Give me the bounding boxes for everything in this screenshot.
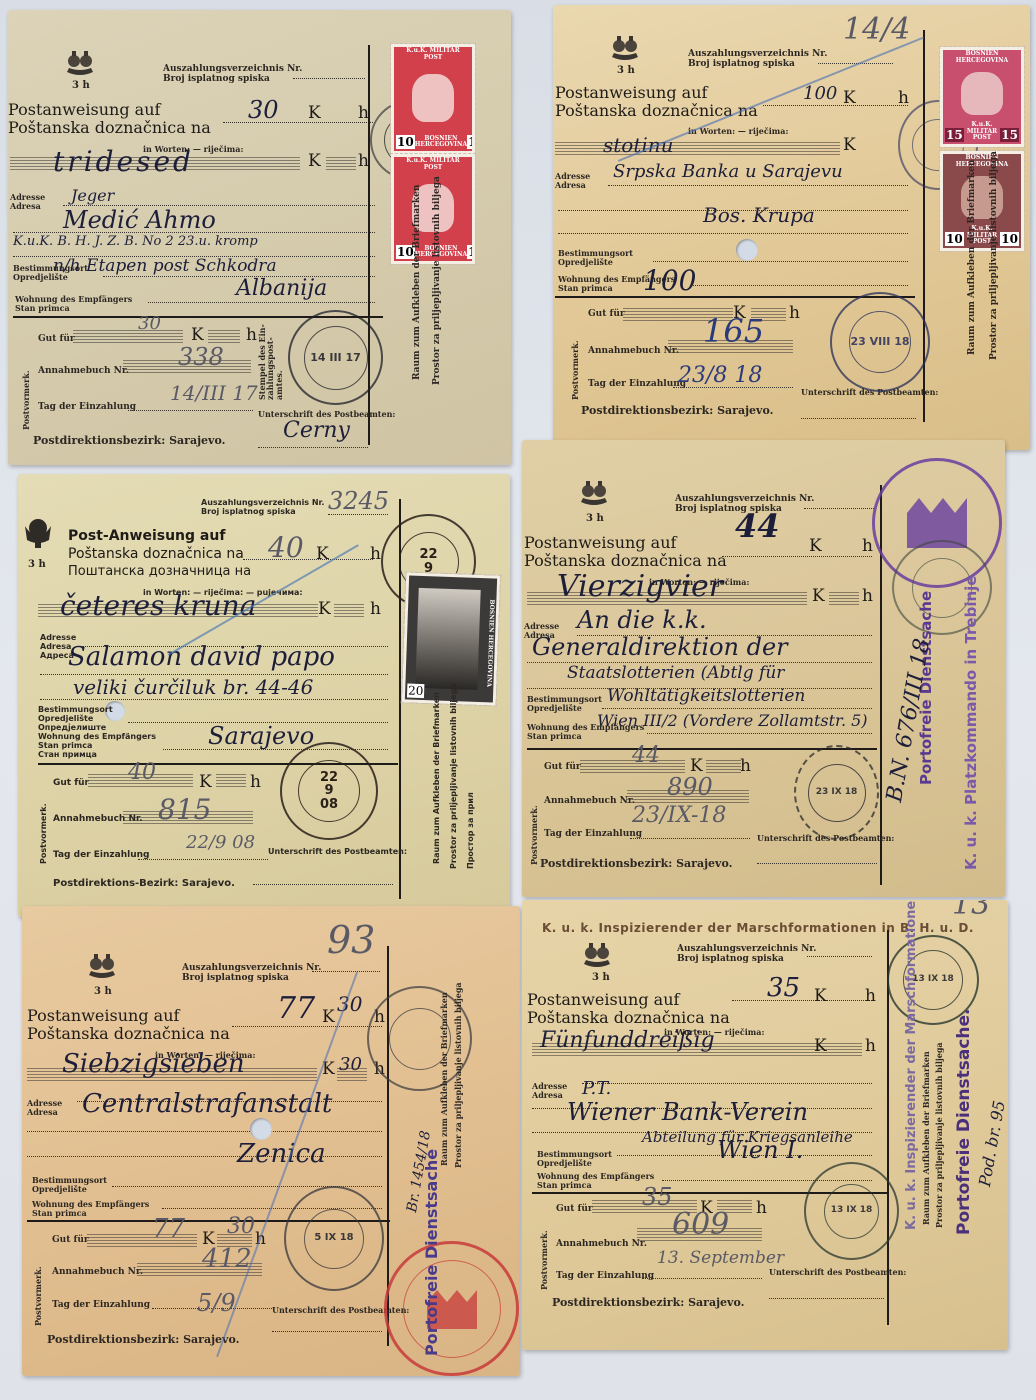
postage-value: 3 h [28, 559, 46, 570]
tag-einzahlung-label: Tag der Einzahlung [53, 851, 149, 860]
h-label: h [756, 1200, 767, 1218]
postage-value: 3 h [94, 986, 112, 997]
money-order-card-2: 3 h Auszahlungsverzeichnis Nr. Broj ispl… [553, 5, 1030, 450]
k-label: K [199, 774, 212, 792]
tag-einzahlung-label: Tag der Einzahlung [38, 403, 136, 412]
tag-einzahlung-value: 5/9 [197, 1291, 236, 1315]
amount-krone: 40 [268, 534, 304, 562]
annahmebuch-label: Annahmebuch Nr. [588, 347, 679, 356]
amount-krone: 30 [248, 98, 279, 122]
gut-fur-label: Gut für [38, 335, 75, 344]
cachet-portofreie-dienstsache: Portofreie Dienstsache. [954, 1009, 974, 1236]
postmark-cazin: 23 VIII 18 [830, 292, 930, 392]
cachet-inspizierender: K. u. k. Inspizierender der Marschformat… [904, 900, 919, 1230]
cachet-platzkommando-text: K. u. k. Platzkommando in Trebinje [962, 576, 980, 870]
cachet-erganzungsbezirkskommando-sarajevo [384, 1241, 519, 1376]
direktion-label: Postdirektionsbezirk: Sarajevo. [33, 435, 225, 447]
stamp-area-label: Raum zum Aufkleben der Briefmarken [968, 160, 977, 355]
address-line-1: Centralstrafanstalt [82, 1091, 332, 1117]
address-line-3: Zenica [237, 1141, 326, 1167]
stamp-area-label-cyr: Простор за прил [467, 792, 475, 869]
side-note: Pod. br. 95 [977, 1099, 1008, 1187]
in-words-label: in Worten: — riječima: [688, 127, 788, 135]
address-line-3: K.u.K. B. H. J. Z. B. No 2 23.u. kromp [13, 235, 258, 248]
h-label: h [370, 601, 381, 619]
postmark-sarajevo-3: 5 IX 18 [284, 1186, 384, 1291]
h-label: h [862, 588, 873, 606]
postvormerk-label: Postvormerk. [40, 803, 48, 864]
amount-krone: 77 [277, 994, 315, 1024]
stamp-15h-emperor-karl: BOSNIEN HERCEGOVINA 15K.u.K. MILITARPOST… [940, 47, 1024, 147]
form-title-de: Postanweisung auf [524, 535, 676, 552]
unterschrift-label: Unterschrift des Postbeamten: [268, 848, 407, 856]
postage-value: 3 h [586, 513, 604, 524]
tag-einzahlung-label: Tag der Einzahlung [52, 1301, 150, 1310]
h-label: h [789, 305, 800, 323]
amount-krone: 35 [767, 975, 800, 1001]
list-no-label-bs: Broj isplatnog spiska [163, 75, 270, 84]
direktion-label: Postdirektionsbezirk: Sarajevo. [581, 405, 773, 417]
stamp-area-label-bs: Prostor za prilјepljivanje listovnih bil… [935, 1042, 943, 1228]
form-title-bs: Poštanska doznačnica na [68, 547, 244, 562]
destination-label-bs: Opredjelište [32, 1185, 87, 1193]
gut-fur-krone: 40 [128, 762, 156, 784]
residence-label-bs: Stan primca [527, 732, 582, 740]
destination-label-bs: Opredjelište [527, 704, 582, 712]
amount-krone: 100 [803, 85, 837, 103]
signature: Cerny [283, 420, 350, 442]
stamp-area-label: Raum zum Aufkleben der Briefmarken [440, 992, 448, 1166]
destination-value: n/h Etapen post Schkodra [53, 258, 277, 275]
address-line-2: Medić Ahmo [63, 208, 216, 232]
address-line-2: Generaldirektion der [532, 635, 788, 659]
h-label: h [865, 988, 876, 1006]
address-line-2: Wiener Bank-Verein [567, 1100, 808, 1124]
postmark-trebinje: 13 IX 18 [804, 1162, 899, 1260]
k-label: K [814, 988, 827, 1006]
address-line-3: Staatslotterien (Abtlg für [567, 665, 784, 682]
postmark-trebinje: 23 IX 18 [794, 745, 879, 840]
postvormerk-label: Postvormerk. [22, 370, 30, 430]
gut-fur-label: Gut für [588, 310, 625, 319]
punch-hole [250, 1118, 272, 1140]
amount-krone: 44 [735, 510, 780, 542]
stamp-10h-emperor-karl: BOSNIEN HERCEGOVINA 10K.u.K. MILITARPOST… [940, 151, 1024, 251]
h-label: h [862, 538, 873, 556]
h-label: h [865, 1038, 876, 1056]
address-label-bs: Adresa [555, 181, 586, 189]
residence-label-bs: Stan primca [32, 1209, 87, 1217]
amount-words: Siebzigsieben [62, 1051, 245, 1077]
annahmebuch-label: Annahmebuch Nr. [38, 367, 129, 376]
postvormerk-label: Postvormerk. [34, 1266, 42, 1326]
form-title-de: Postanweisung auf [8, 102, 160, 119]
list-no-label-bs: Broj isplatnog spiska [688, 60, 795, 69]
annahmebuch-value: 165 [703, 315, 764, 347]
address-line-1: An die k.k. [577, 608, 707, 632]
coat-of-arms-icon [85, 951, 119, 979]
form-title-bs: Poštanska doznačnica na [524, 553, 727, 570]
residence-value: Albanija [236, 278, 327, 300]
coat-of-arms-icon [608, 33, 642, 61]
residence-label-bs: Stan primca [537, 1181, 592, 1189]
stamp-area-label-bs: Prostor za prilјepljivanje listovnih bil… [450, 683, 458, 869]
annahmebuch-value: 890 [667, 775, 713, 799]
gut-fur-label: Gut für [556, 1205, 593, 1214]
destination-label-bs: Opredjelište [558, 258, 613, 266]
h-label: h [246, 327, 257, 345]
form-title-de: Postanweisung auf [555, 85, 707, 102]
direktion-label: Postdirektions-Bezirk: Sarajevo. [53, 879, 235, 890]
postage-value: 3 h [592, 972, 610, 983]
address-label-bs: Adresa [27, 1108, 58, 1116]
money-order-card-1: 3 h Auszahlungsverzeichnis Nr. Broj ispl… [8, 10, 511, 465]
form-title-de: Postanweisung auf [27, 1008, 179, 1025]
destination-label-bs: Opredjelište [537, 1159, 592, 1167]
money-order-card-6: K. u. k. Inspizierender der Marschformat… [522, 900, 1008, 1350]
address-line-3: Bos. Krupa [703, 205, 815, 225]
annahmebuch-value: 609 [672, 1210, 729, 1240]
list-no-value: 13 [952, 900, 990, 920]
postage-value: 3 h [617, 65, 635, 76]
postvormerk-label: Postvormerk. [540, 1230, 548, 1290]
gut-fur-krone: 30 [138, 315, 161, 333]
h-label: h [898, 90, 909, 108]
k-label: K [814, 1038, 827, 1056]
destination-value: Wohltätigkeitslotterien [607, 688, 805, 705]
gut-fur-krone: 35 [642, 1185, 673, 1209]
destination-value: Wien I. [717, 1138, 803, 1162]
direktion-label: Postdirektionsbezirk: Sarajevo. [47, 1334, 239, 1346]
form-title-cyr: Поштанска дозначница на [68, 565, 251, 579]
k-label: K [843, 90, 856, 108]
annahmebuch-value: 815 [158, 796, 211, 824]
stamp-area-label: Raum zum Aufkleben der Briefmarken [433, 692, 441, 864]
tag-einzahlung-value: 23/8 18 [678, 365, 762, 387]
direktion-label: Postdirektionsbezirk: Sarajevo. [540, 858, 732, 870]
list-no-value: 14/4 [843, 15, 910, 45]
k-label: K [812, 588, 825, 606]
stamp-area-label-bs: Prostor za prilјepljivanje listovnih bil… [990, 151, 999, 360]
amount-words: četeres kruna [60, 592, 256, 620]
k-label: K [318, 601, 331, 619]
address-label-bs: Adresa [532, 1091, 563, 1099]
coat-of-arms-icon [577, 478, 611, 506]
residence-label-bs: Stan primca [558, 284, 613, 292]
form-title-de: Post-Anweisung auf [68, 529, 225, 544]
h-label: h [250, 774, 261, 792]
residence-value: Sarajevo [208, 724, 314, 748]
postmark-mostar: 22 9 08 [280, 742, 378, 840]
money-order-card-5: 3 h Auszahlungsverzeichnis Nr. Broj ispl… [22, 906, 520, 1376]
punch-hole [736, 239, 758, 261]
gut-fur-krone: 44 [632, 745, 660, 767]
postage-value: 3 h [72, 80, 90, 91]
list-no-label-bs: Broj isplatnog spiska [182, 974, 289, 983]
stamp-area-label: Raum zum Aufkleben der Briefmarken [413, 185, 422, 380]
direktion-label: Postdirektionsbezirk: Sarajevo. [552, 1297, 744, 1309]
annahmebuch-label: Annahmebuch Nr. [52, 1268, 143, 1277]
stamp-area-label-bs: Prostor za prilјepljivanje listovnih bil… [433, 176, 442, 385]
gut-fur-label: Gut für [53, 779, 89, 788]
h-label: h [740, 758, 751, 776]
tag-einzahlung-label: Tag der Einzahlung [588, 380, 686, 389]
address-line-1: Srpska Banka u Sarajevu [613, 163, 843, 181]
form-title-bs: Poštanska doznačnica na [8, 120, 211, 137]
annahmebuch-label: Annahmebuch Nr. [556, 1240, 647, 1249]
tag-einzahlung-value: 23/IX-18 [632, 805, 726, 827]
address-line-1: Salamon david papo [68, 644, 335, 670]
annahmebuch-label: Annahmebuch Nr. [544, 797, 635, 806]
money-order-card-4: 3 h Auszahlungsverzeichnis Nr. Broj ispl… [522, 440, 1005, 897]
residence-value: 100 [643, 267, 696, 295]
tag-einzahlung-value: 13. September [657, 1250, 784, 1267]
residence-label-cyr: Стан примца [38, 751, 97, 759]
amount-words-heller: 30 [339, 1056, 362, 1074]
k-label: K [809, 538, 822, 556]
unterschrift-label: Unterschrift des Postbeamten: [769, 1268, 906, 1276]
postmark-sanski-most: 14 III 17 [288, 310, 383, 405]
gut-fur-heller: 30 [227, 1216, 255, 1238]
h-label: h [370, 546, 381, 564]
stamp-area-label-bs: Prostor za prilјepljivanje listovnih bil… [454, 982, 462, 1168]
residence-label-bs: Stan primca [15, 304, 70, 312]
stamp-10h-franz-joseph: K.u.K. MILITARPOST 10BOSNIENHERCEGOVINA1… [391, 44, 475, 154]
form-title-bs: Poštanska doznačnica na [527, 1010, 730, 1027]
tag-einzahlung-label: Tag der Einzahlung [544, 830, 642, 839]
gut-fur-label: Gut für [544, 763, 581, 772]
tag-einzahlung-label: Tag der Einzahlung [556, 1272, 654, 1281]
list-no-value: 93 [327, 921, 375, 959]
list-no-label-bs: Broj isplatnog spiska [201, 508, 296, 516]
k-label: K [322, 1009, 335, 1027]
amount-words: Vierzigvier [557, 572, 723, 602]
coat-of-arms-icon [580, 940, 614, 968]
form-title-de: Postanweisung auf [527, 992, 679, 1009]
gut-fur-krone: 77 [152, 1216, 185, 1242]
residence-value: Wien III/2 (Vordere Zollamtstr. 5) [597, 713, 868, 729]
k-label: K [308, 105, 321, 123]
form-title-bs: Poštanska doznačnica na [27, 1026, 230, 1043]
coat-of-arms-icon [63, 48, 97, 76]
address-line-1: P.T. [582, 1080, 611, 1098]
amount-words: tridesed [53, 148, 194, 176]
address-label-bs: Adresa [10, 202, 41, 210]
annahmebuch-value: 412 [202, 1246, 252, 1272]
postvormerk-label: Postvormerk. [530, 805, 538, 865]
k-label: K [843, 137, 856, 155]
annahmebuch-value: 338 [178, 345, 224, 369]
postvormerk-label: Postvormerk. [571, 340, 579, 400]
double-eagle-icon [23, 516, 53, 550]
list-no-label-bs: Broj isplatnog spiska [677, 955, 784, 964]
k-label: K [308, 153, 321, 171]
stempel-label: Stempel des Ein-zahlungspost-amtes. [258, 310, 283, 400]
list-no-value: 3245 [328, 489, 389, 513]
tag-einzahlung-value: 14/III 17 [170, 383, 258, 403]
gut-fur-label: Gut für [52, 1236, 89, 1245]
address-line-1: Jeger [71, 188, 114, 204]
amount-words: Fünfunddreißig [540, 1030, 715, 1052]
address-line-2: veliki čurčiluk br. 44-46 [73, 677, 313, 697]
tag-einzahlung-value: 22/9 08 [186, 834, 255, 852]
stamp-area-label: Raum zum Aufkleben der Briefmarken [922, 1051, 930, 1225]
money-order-card-3: 3 h Auszahlungsverzeichnis Nr. Broj ispl… [18, 474, 510, 917]
